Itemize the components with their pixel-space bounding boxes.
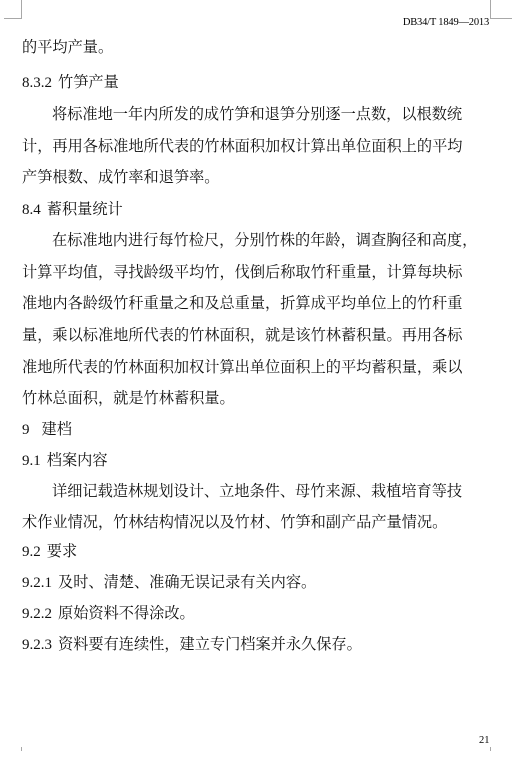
section-title: 档案内容 bbox=[47, 451, 108, 469]
paragraph-line: 准地所代表的竹林面积加权计算出单位面积上的平均蓄积量，乘以 bbox=[22, 357, 462, 377]
paragraph-line: 术作业情况，竹林结构情况以及竹材、竹笋和副产品产量情况。 bbox=[22, 512, 447, 532]
section-title: 建档 bbox=[42, 420, 72, 438]
section-number: 9 bbox=[22, 422, 30, 438]
clause-number: 9.2.2 bbox=[22, 606, 52, 622]
paragraph-line: 计，再用各标准地所代表的竹林面积加权计算出单位面积上的平均 bbox=[22, 136, 462, 156]
clause-text: 原始资料不得涂改。 bbox=[58, 604, 195, 622]
crop-mark-top-right bbox=[490, 0, 512, 19]
paragraph-line: 产笋根数、成竹率和退笋率。 bbox=[22, 167, 219, 187]
clause-9-2-3: 9.2.3资料要有连续性，建立专门档案并永久保存。 bbox=[22, 634, 362, 655]
paragraph-line: 将标准地一年内所发的成竹笋和退笋分别逐一点数，以根数统 bbox=[52, 104, 462, 124]
clause-text: 及时、清楚、准确无误记录有关内容。 bbox=[58, 573, 316, 591]
paragraph-line: 计算平均值，寻找龄级平均竹，伐倒后称取竹秆重量，计算每块标 bbox=[22, 262, 462, 282]
section-title: 蓄积量统计 bbox=[47, 200, 123, 218]
page-number: 21 bbox=[479, 735, 490, 746]
section-number: 8.4 bbox=[22, 202, 41, 218]
section-number: 9.1 bbox=[22, 453, 41, 469]
crop-mark-bottom-left bbox=[21, 747, 22, 751]
section-number: 9.2 bbox=[22, 544, 41, 560]
section-title: 要求 bbox=[47, 542, 77, 560]
paragraph-line: 准地内各龄级竹秆重量之和及总重量，折算成平均单位上的竹秆重 bbox=[22, 293, 462, 313]
document-code-header: DB34/T 1849—2013 bbox=[403, 17, 489, 28]
paragraph-line: 在标准地内进行每竹检尺，分别竹株的年龄，调查胸径和高度， bbox=[52, 230, 477, 250]
paragraph-line: 竹林总面积，就是竹林蓄积量。 bbox=[22, 388, 235, 408]
heading-9-2: 9.2要求 bbox=[22, 541, 77, 562]
continuation-text: 的平均产量。 bbox=[22, 37, 113, 57]
clause-number: 9.2.1 bbox=[22, 575, 52, 591]
clause-text: 资料要有连续性，建立专门档案并永久保存。 bbox=[58, 635, 362, 653]
heading-9: 9建档 bbox=[22, 419, 72, 440]
paragraph-line: 详细记载造林规划设计、立地条件、母竹来源、栽植培育等技 bbox=[52, 481, 462, 501]
heading-9-1: 9.1档案内容 bbox=[22, 450, 108, 471]
heading-8-3-2: 8.3.2竹笋产量 bbox=[22, 72, 119, 93]
heading-8-4: 8.4蓄积量统计 bbox=[22, 199, 123, 220]
crop-mark-bottom-right bbox=[490, 747, 491, 751]
section-number: 8.3.2 bbox=[22, 75, 52, 91]
clause-number: 9.2.3 bbox=[22, 637, 52, 653]
section-title: 竹笋产量 bbox=[58, 73, 119, 91]
clause-9-2-1: 9.2.1及时、清楚、准确无误记录有关内容。 bbox=[22, 572, 316, 593]
paragraph-line: 量，乘以标准地所代表的竹林面积，就是该竹林蓄积量。再用各标 bbox=[22, 325, 462, 345]
crop-mark-top-left bbox=[4, 0, 22, 19]
clause-9-2-2: 9.2.2原始资料不得涂改。 bbox=[22, 603, 195, 624]
